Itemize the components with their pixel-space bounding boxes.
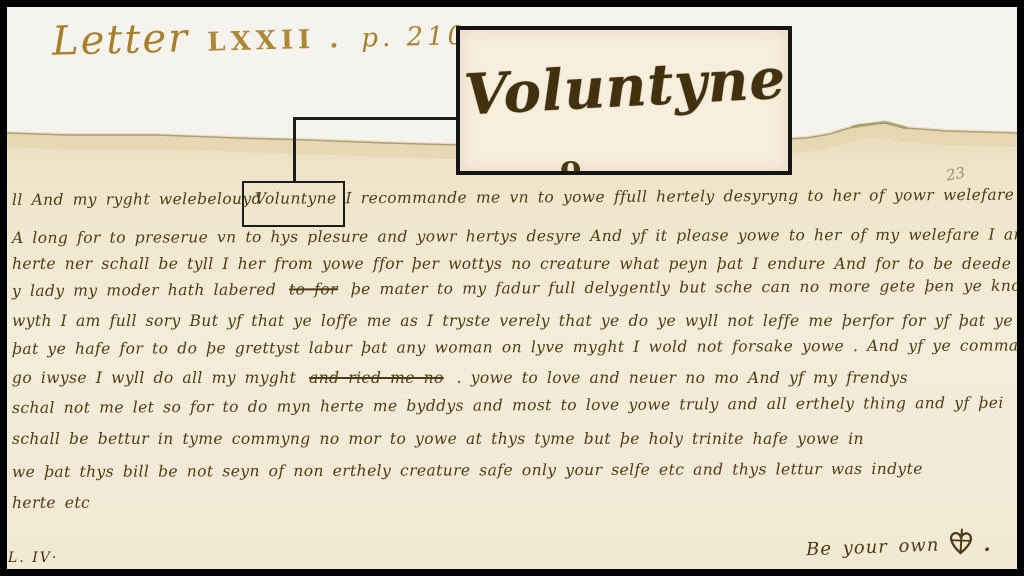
- callout-connector-vertical: [293, 117, 296, 183]
- line7-pre: go iwyse I wyll do all my myght: [12, 369, 296, 387]
- header-word: Letter: [51, 15, 189, 65]
- manuscript-line-2: A long for to preserue vn to hys plesure…: [12, 225, 1014, 249]
- line8-text: schal not me let so for to do myn herte …: [12, 394, 1004, 417]
- manuscript-line-11: herte etc: [12, 493, 1014, 514]
- manuscript-line-9: schall be bettur in tyme commyng no mor …: [12, 429, 1014, 450]
- line7-crossed-out-text: and ried me no: [309, 369, 444, 387]
- magnified-word: Voluntyne: [462, 46, 787, 129]
- header-roman-numeral: LXXII .: [207, 24, 344, 58]
- magnifier-inset-box: Voluntyne o: [456, 26, 792, 175]
- line4-pre: y lady my moder hath labered: [12, 281, 276, 300]
- line4-crossed-out-text: to for: [289, 280, 338, 298]
- line7-post: . yowe to love and neuer no mo And yf my…: [457, 369, 908, 387]
- partial-letter: o: [560, 148, 581, 175]
- manuscript-line-3: herte ner schall be tyll I her from yowe…: [12, 254, 1014, 275]
- line6-text: þat ye hafe for to do þe grettyst labur …: [12, 336, 1017, 358]
- manuscript-line-5: wyth I am full sory But yf that ye loffe…: [12, 311, 1014, 332]
- signature-period: .: [983, 531, 992, 555]
- line4-post: þe mater to my fadur full delygently but…: [351, 277, 1017, 299]
- line10-text: we þat thys bill be not seyn of non erth…: [12, 460, 923, 481]
- manuscript-line-10: we þat thys bill be not seyn of non erth…: [12, 459, 1014, 483]
- line1-pre: ll And my ryght welebelouyd: [12, 189, 246, 211]
- line9-text: schall be bettur in tyme commyng no mor …: [12, 430, 864, 448]
- mb-heart-monogram-icon: [946, 526, 977, 562]
- highlighted-word-voluntyne: Voluntyne: [255, 189, 337, 207]
- signature-line: Be your own .: [805, 526, 991, 567]
- line11-text: herte etc: [12, 494, 90, 512]
- line5-text: wyth I am full sory But yf that ye loffe…: [12, 312, 1013, 330]
- callout-connector-horizontal: [293, 117, 456, 120]
- signature-text: Be your own: [806, 535, 940, 561]
- manuscript-line-7: go iwyse I wyll do all my myght and ried…: [12, 368, 1014, 389]
- line3-text: herte ner schall be tyll I her from yowe…: [12, 255, 1011, 273]
- scan-background: Letter LXXII . p. 210 , 23 Voluntyne o l…: [7, 7, 1017, 569]
- line1-post: I recommande me vn to yowe ffull hertely…: [345, 186, 1014, 208]
- manuscript-line-6: þat ye hafe for to do þe grettyst labur …: [12, 336, 1014, 360]
- line2-text: A long for to preserue vn to hys plesure…: [12, 225, 1017, 247]
- folio-number: 23: [945, 163, 967, 184]
- corner-mark: L. IV·: [8, 550, 58, 566]
